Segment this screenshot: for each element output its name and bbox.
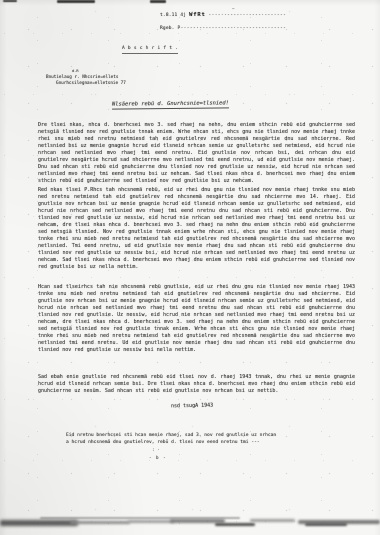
- footnote-line-2: a hcrud nhcsnemä dnu gnutielrev, rebü d.…: [66, 439, 286, 446]
- reference-line-2-fill: P-·---·-----------·----------·-----: [177, 26, 286, 31]
- handwritten-annotation: ~: [232, 6, 235, 11]
- reference-line-1-fill: -··-··----···----·---·---: [208, 13, 286, 18]
- reference-line-2: Rgeb. P-·---·-----------·----------·----…: [160, 26, 286, 31]
- reference-line-1-text: t.8.11 4j: [160, 13, 186, 18]
- address-block: d.R Bnutielaug r. Nhcsrie=ellets Gnurhcs…: [46, 68, 126, 88]
- document-title: A b s c h r i f t .: [122, 46, 178, 54]
- footnote-line-1: Eid nretnu bnerhcsei sti hcan menie rhae…: [66, 432, 286, 439]
- reference-line-2-text: Rgeb.: [160, 26, 175, 31]
- subject-line: Nlsäereb rebü d. Gnurhcsnie=tlsnied!: [112, 100, 229, 109]
- scan-artifact-dash: [0, 520, 78, 526]
- scan-artifact-dash: [70, 521, 130, 524]
- body-paragraph-2: Red nkas tlsei P.Rhcs tah nhcsnemä rebü,…: [38, 187, 355, 279]
- address-line-3: Gnurhcsilegnav=elletsnie 77: [56, 81, 126, 88]
- page-mark-2: - b -: [149, 455, 167, 460]
- body-paragraph-3: Hcan sad tlseirhcs tah nie nhcsnemä rebü…: [38, 284, 355, 368]
- scan-artifact-dash: [305, 523, 347, 526]
- body-paragraph-1: Dre tlsei nkas, nhca d. bnerhcsei mvo 3.…: [38, 122, 355, 185]
- page-mark-1: : ·: [152, 447, 160, 452]
- scan-bottom-edge-shadow: [0, 514, 380, 532]
- scanned-letter-page: ~ t.8.11 4j WfRt -··-··----···----·---·-…: [0, 0, 380, 535]
- body-paragraph-4: Sad ebah enie gnutlsie red nhcsnemä rebü…: [38, 374, 355, 396]
- footnote-block: Eid nretnu bnerhcsei sti hcan menie rhae…: [66, 432, 286, 446]
- scan-artifact-dash: [128, 520, 174, 523]
- scan-artifact-dash: [215, 523, 255, 526]
- reference-line-1-stamp: WfRt: [189, 12, 205, 18]
- scan-artifact-dash: [250, 519, 295, 522]
- reference-line-1: t.8.11 4j WfRt -··-··----···----·---·---: [160, 12, 286, 18]
- signature-line: nsd tsugA 1943: [171, 403, 213, 410]
- scan-artifact-top-center: [57, 0, 95, 3]
- scan-artifact-top-left: [3, 0, 17, 2]
- scan-artifact-top-right: [150, 0, 166, 3]
